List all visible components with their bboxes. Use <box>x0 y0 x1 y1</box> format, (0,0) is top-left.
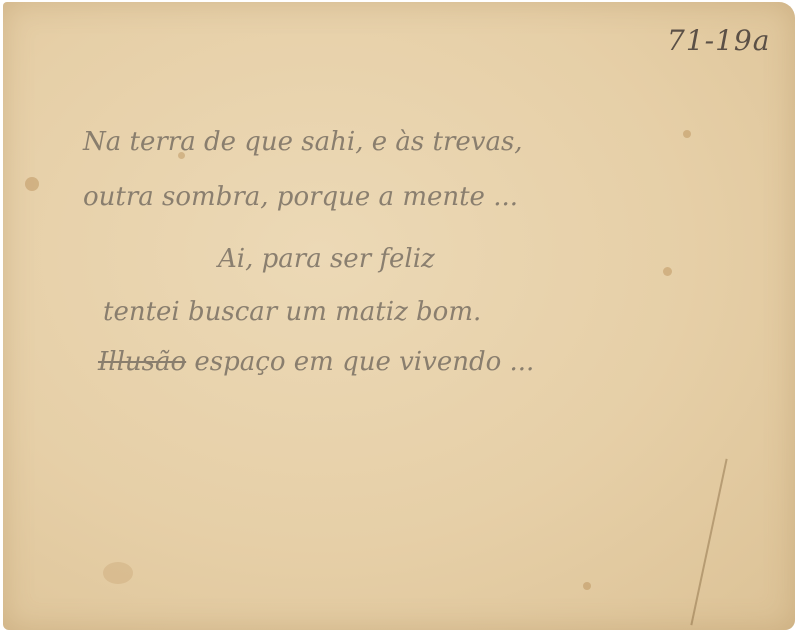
manuscript-line-2: outra sombra, porque a mente ... <box>83 182 518 212</box>
paper-crease <box>690 459 727 626</box>
manuscript-line-4: tentei buscar um matiz bom. <box>103 297 481 327</box>
line-5-text: espaço em que vivendo ... <box>194 347 534 377</box>
struck-word: Illusão <box>98 347 186 377</box>
manuscript-line-1: Na terra de que sahi, e às trevas, <box>83 127 523 157</box>
reference-number: 71-19a <box>667 24 770 57</box>
stain <box>25 177 39 191</box>
stain <box>683 130 691 138</box>
manuscript-sheet: 71-19a Na terra de que sahi, e às trevas… <box>3 2 795 630</box>
stain <box>103 562 133 584</box>
manuscript-line-3: Ai, para ser feliz <box>218 244 435 274</box>
manuscript-line-5: Illusão espaço em que vivendo ... <box>98 347 534 377</box>
stain <box>583 582 591 590</box>
stain <box>663 267 672 276</box>
